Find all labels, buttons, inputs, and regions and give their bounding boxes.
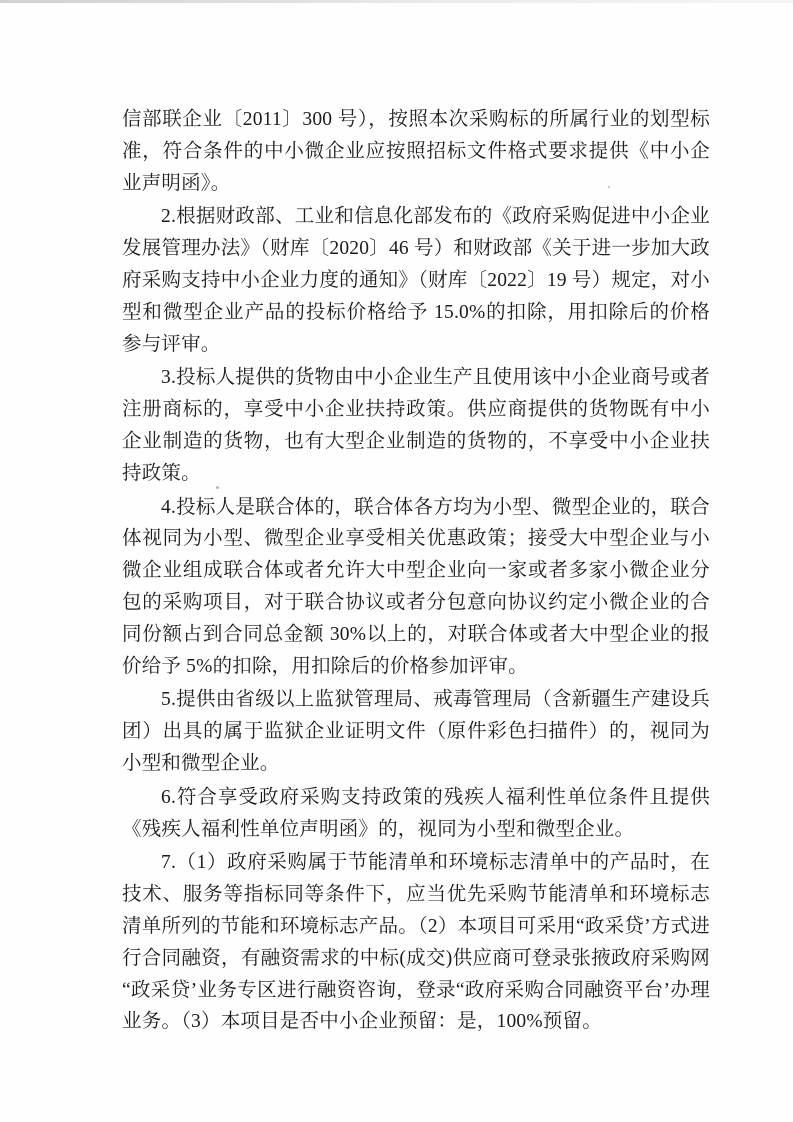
paragraph-item-5: 5.提供由省级以上监狱管理局、戒毒管理局（含新疆生产建设兵团）出具的属于监狱企业…	[122, 684, 710, 779]
paragraph-item-4: 4.投标人是联合体的，联合体各方均为小型、微型企业的，联合体视同为小型、微型企业…	[122, 492, 710, 683]
paragraph-continuation: 信部联企业〔2011〕300 号），按照本次采购标的所属行业的划型标准，符合条件…	[122, 104, 710, 199]
scan-speck	[608, 186, 610, 188]
scanned-page-root: { "page": { "kind": "scanned-procurement…	[0, 0, 793, 1122]
scan-speck	[216, 486, 219, 489]
document-page: 信部联企业〔2011〕300 号），按照本次采购标的所属行业的划型标准，符合条件…	[0, 0, 793, 1122]
scan-speck	[486, 948, 488, 950]
scan-edge-artifact	[0, 0, 793, 3]
document-text-block: 信部联企业〔2011〕300 号），按照本次采购标的所属行业的划型标准，符合条件…	[122, 104, 710, 1038]
paragraph-item-2: 2.根据财政部、工业和信息化部发布的《政府采购促进中小企业发展管理办法》（财库〔…	[122, 201, 710, 360]
paragraph-item-3: 3.投标人提供的货物由中小企业生产且使用该中小企业商号或者注册商标的，享受中小企…	[122, 362, 710, 489]
paragraph-item-7: 7.（1）政府采购属于节能清单和环境标志清单中的产品时，在技术、服务等指标同等条…	[122, 847, 710, 1038]
paragraph-item-6: 6.符合享受政府采购支持政策的残疾人福利性单位条件且提供《残疾人福利性单位声明函…	[122, 782, 710, 846]
